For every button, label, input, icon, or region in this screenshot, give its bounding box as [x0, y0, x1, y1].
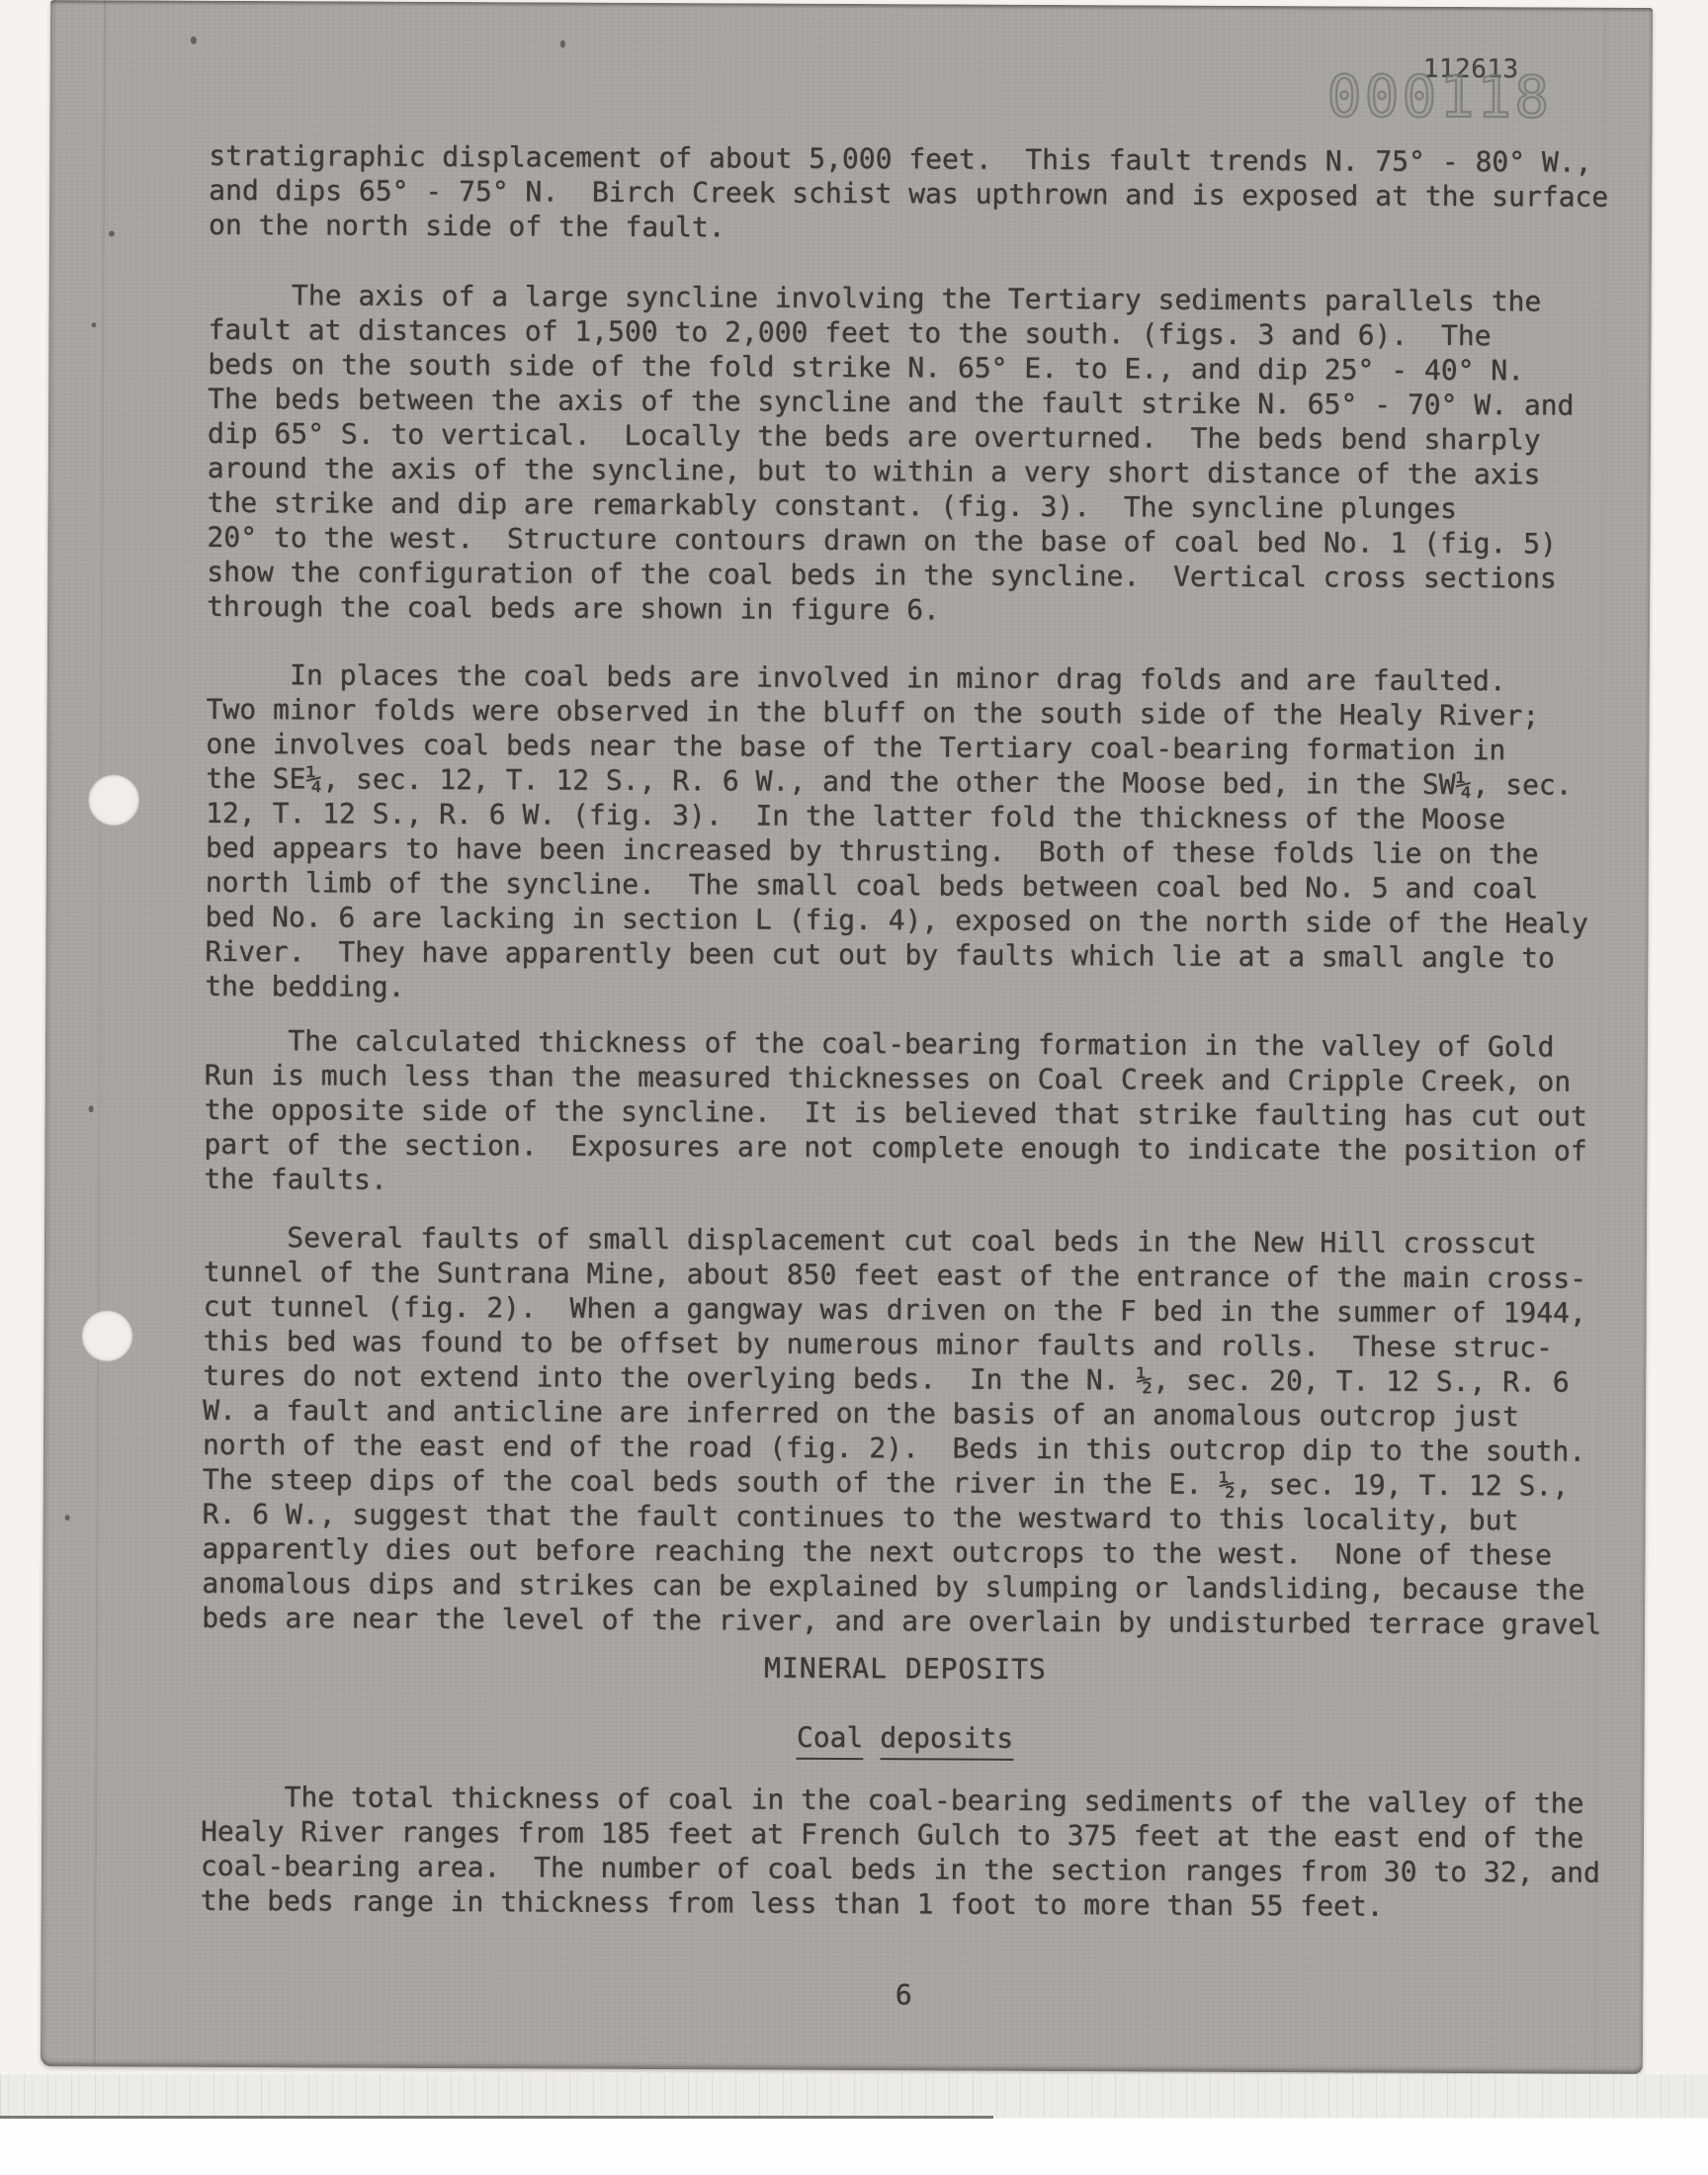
paper-fold-line: [94, 0, 106, 2066]
text-line: on the north side of the fault.: [209, 208, 1616, 249]
speck: [91, 322, 96, 327]
paragraph-1: stratigraphic displacement of about 5,00…: [209, 138, 1616, 249]
subsection-heading-word: deposits: [880, 1721, 1013, 1761]
text-line: part of the section. Exposures are not c…: [204, 1127, 1611, 1169]
document-page: 112613 000118 stratigraphic displacement…: [41, 0, 1653, 2074]
subsection-heading-word: Coal: [797, 1721, 864, 1760]
punch-hole: [88, 774, 139, 826]
text-line: the beds range in thickness from less th…: [201, 1883, 1608, 1925]
text-line: beds are near the level of the river, an…: [202, 1601, 1609, 1642]
paragraph-5: Several faults of small displacement cut…: [202, 1220, 1611, 1642]
speck: [560, 41, 565, 48]
paragraph-2: The axis of a large syncline involving t…: [207, 278, 1616, 631]
stamp-number: 000118: [1327, 67, 1553, 126]
scan-margin: [0, 2119, 1708, 2175]
text-line: the bedding.: [205, 969, 1612, 1010]
speck: [65, 1515, 70, 1521]
paragraph-3: In places the coal beds are involved in …: [205, 657, 1614, 1010]
speck: [191, 37, 197, 44]
text-line: River. They have apparently been cut out…: [205, 934, 1612, 976]
scan-background: 112613 000118 stratigraphic displacement…: [0, 0, 1708, 2175]
scanner-streak-band: [0, 2074, 1708, 2118]
speck: [109, 230, 115, 236]
subsection-heading: Coaldeposits: [201, 1718, 1608, 1758]
punch-hole: [81, 1310, 132, 1361]
section-heading: MINERAL DEPOSITS: [202, 1649, 1609, 1689]
text-line: the faults.: [204, 1162, 1611, 1203]
paragraph-4: The calculated thickness of the coal-bea…: [204, 1023, 1612, 1203]
text-line: through the coal beds are shown in figur…: [207, 589, 1614, 631]
typewritten-text: stratigraphic displacement of about 5,00…: [210, 1, 1617, 8]
speck: [89, 1105, 94, 1112]
paragraph-6: The total thickness of coal in the coal-…: [201, 1780, 1609, 1925]
page-number: 6: [200, 1975, 1607, 2015]
